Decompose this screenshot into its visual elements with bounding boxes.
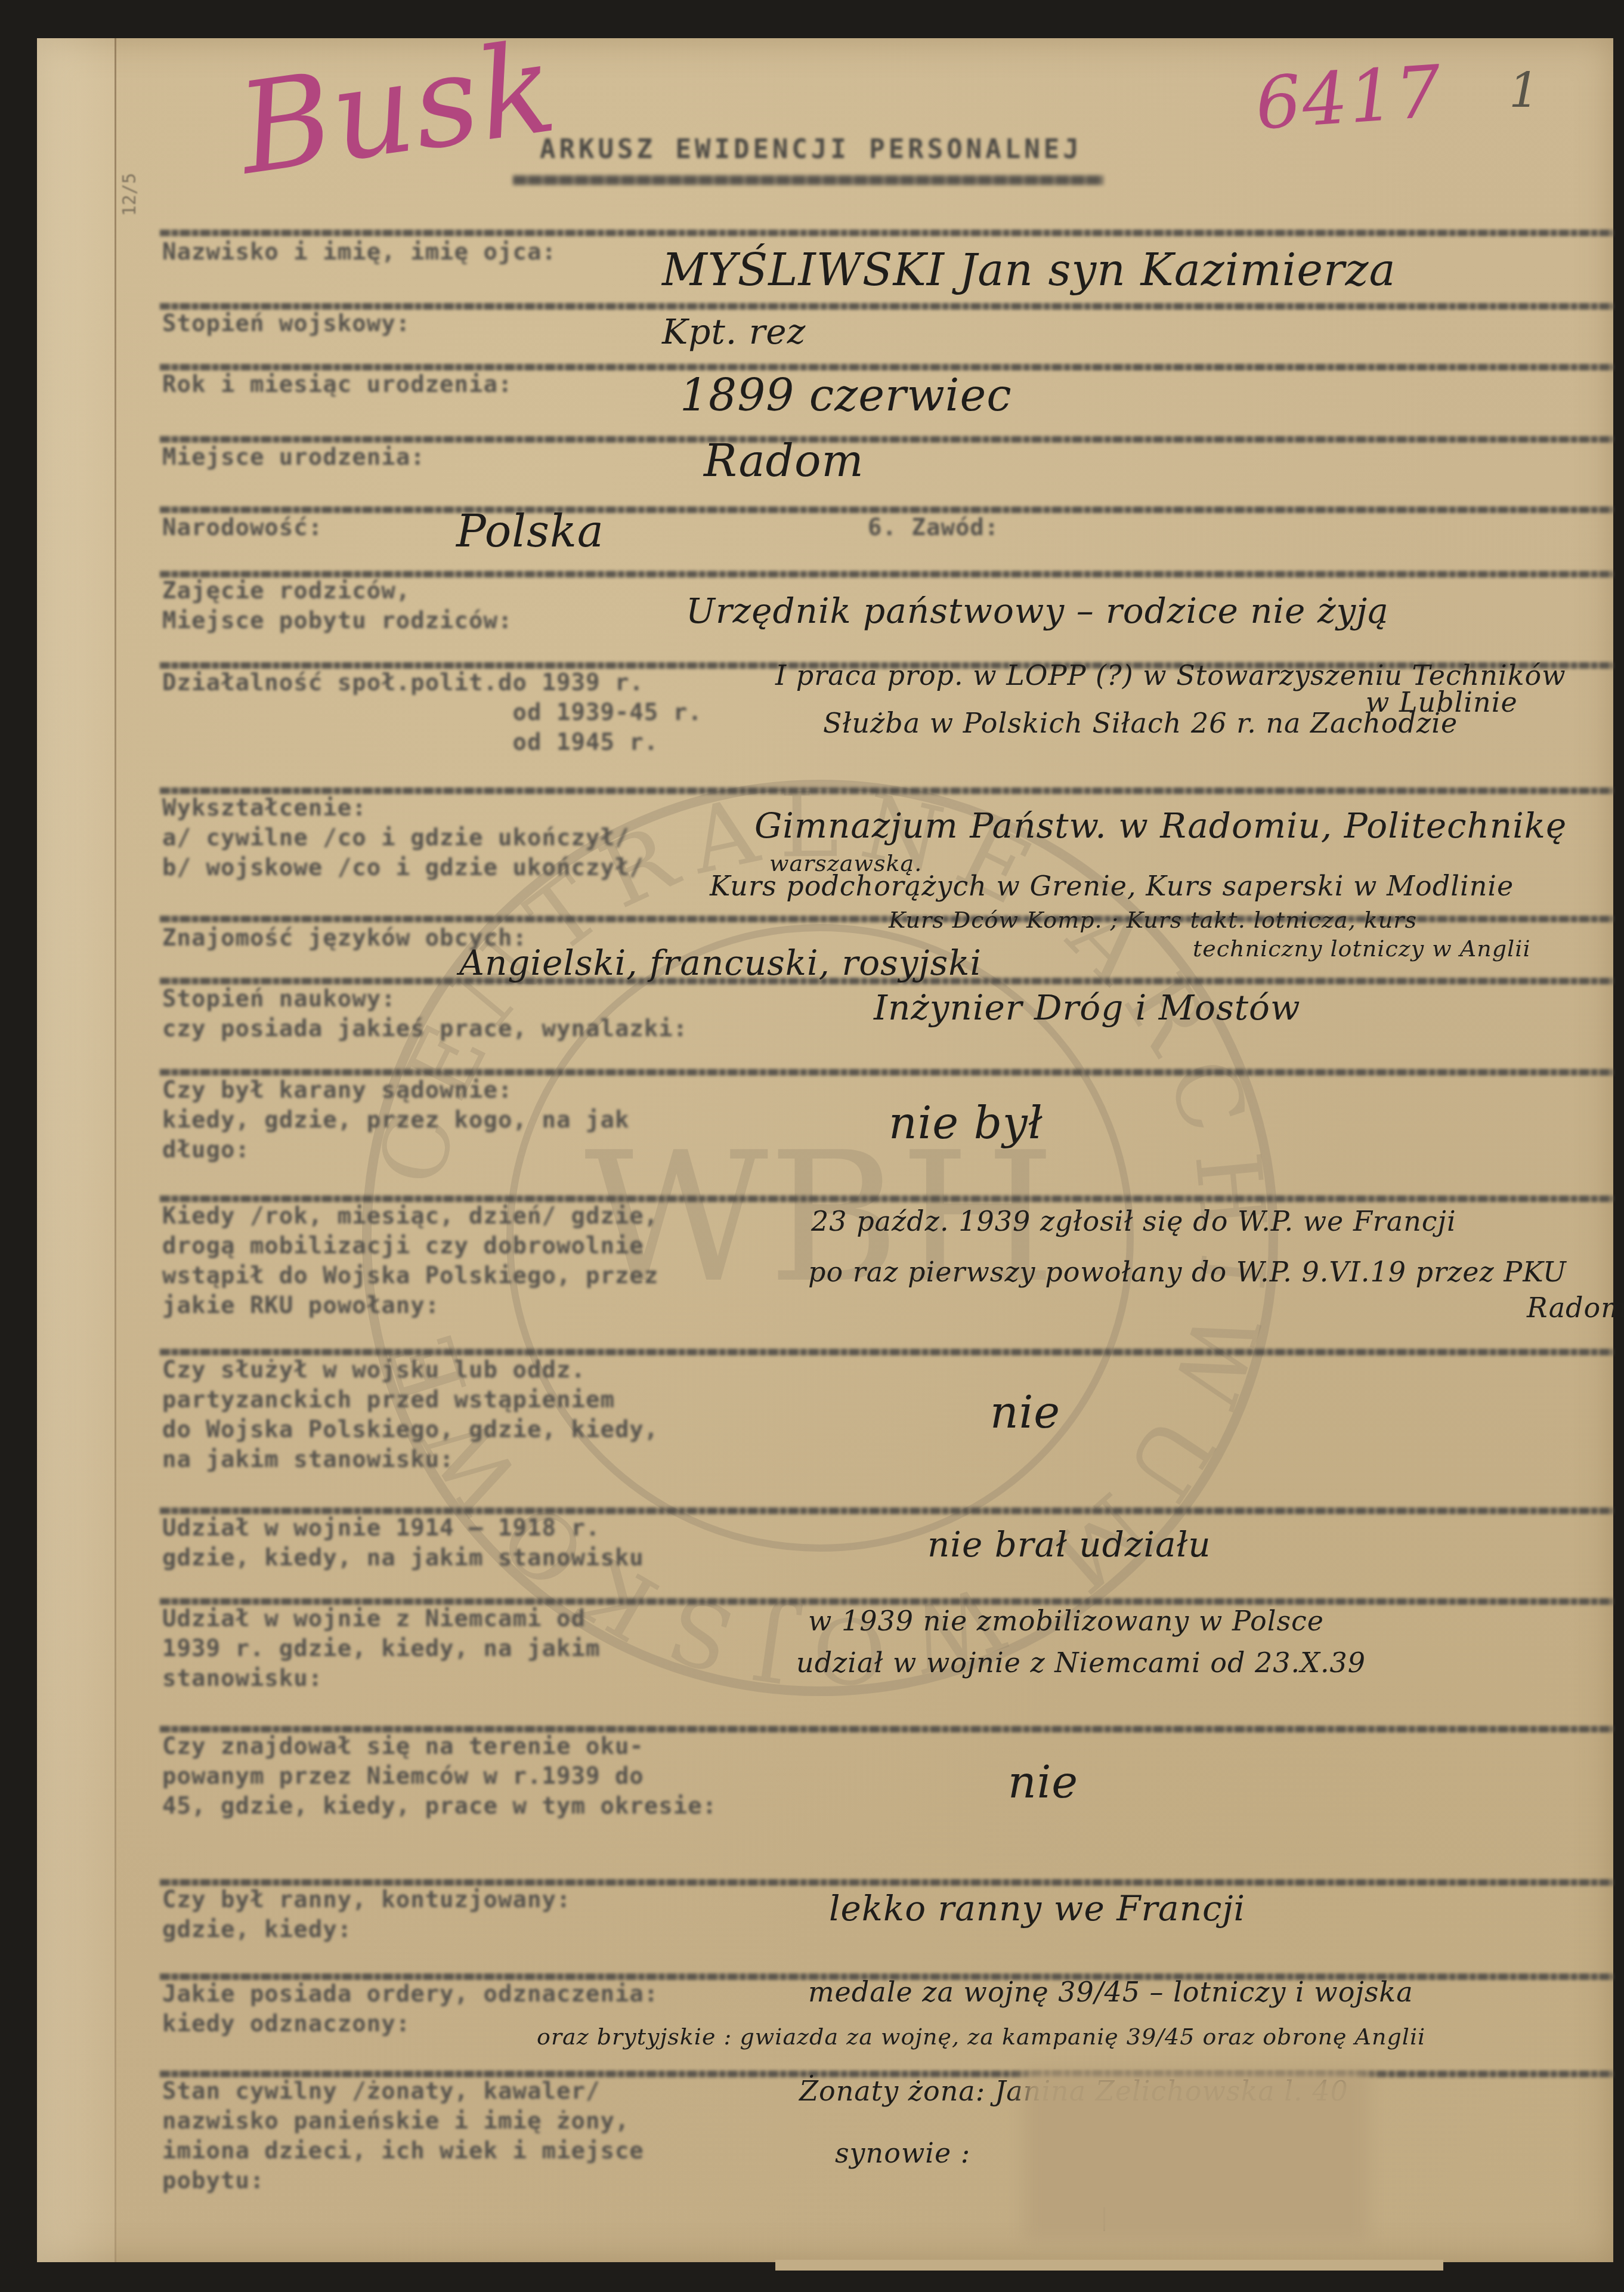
- label-ww2: Udział w wojnie z Niemcami od 1939 r. gd…: [162, 1604, 600, 1694]
- answer-enlistment-line2: po raz pierwszy powołany do W.P. 9.VI.19…: [808, 1256, 1567, 1288]
- label-marital-status: Stan cywilny /żonaty, kawaler/ nazwisko …: [162, 2077, 644, 2196]
- answer-rank: Kpt. rez: [662, 311, 806, 352]
- page-number: 1: [1509, 63, 1539, 118]
- label-partisan-service: Czy służył w wojsku lub oddz. partyzanck…: [162, 1355, 658, 1475]
- answer-decorations-line2: oraz brytyjskie : gwiazda za wojnę, za k…: [537, 2024, 1425, 2050]
- label-ww1: Udział w wojnie 1914 – 1918 r. gdzie, ki…: [162, 1513, 644, 1573]
- label-rank: Stopień wojskowy:: [162, 309, 410, 339]
- label-wounded: Czy był ranny, kontuzjowany: gdzie, kied…: [162, 1885, 571, 1945]
- answer-criminal-record: nie był: [889, 1098, 1043, 1149]
- answer-marital-status-line2: synowie :: [835, 2137, 970, 2169]
- answer-occupied-territory: nie: [1008, 1757, 1078, 1808]
- answer-education-line3: Kurs podchorążych w Grenie, Kurs sapersk…: [710, 870, 1514, 902]
- answer-enlistment-line3: Radom: [1527, 1292, 1624, 1324]
- answer-enlistment-line1: 23 paźdz. 1939 zgłosił się do W.P. we Fr…: [811, 1205, 1456, 1237]
- answer-name: MYŚLIWSKI Jan syn Kazimierza: [662, 245, 1396, 296]
- answer-activity-line3: Służba w Polskich Siłach 26 r. na Zachod…: [823, 707, 1458, 739]
- label-criminal-record: Czy był karany sądownie: kiedy, gdzie, p…: [162, 1076, 629, 1165]
- label-parents: Zajęcie rodziców, Miejsce pobytu rodzicó…: [162, 576, 513, 636]
- form-rule: [160, 1069, 1613, 1076]
- form-rule: [160, 436, 1613, 443]
- label-education: Wykształcenie: a/ cywilne /co i gdzie uk…: [162, 793, 644, 883]
- answer-parents: Urzędnik państwowy – rodzice nie żyją: [686, 591, 1389, 631]
- margin-mark: 12/5: [119, 173, 140, 216]
- answer-ww2-line1: w 1939 nie zmobilizowany w Polsce: [808, 1605, 1324, 1637]
- answer-ww2-line2: udział w wojnie z Niemcami od 23.X.39: [796, 1647, 1366, 1679]
- form-rule: [160, 506, 1613, 513]
- answer-nationality: Polska: [456, 506, 604, 557]
- answer-ww1: nie brał udziału: [927, 1524, 1211, 1565]
- answer-languages: Angielski, francuski, rosyjski: [459, 943, 982, 983]
- form-rule: [160, 1349, 1613, 1355]
- answer-education-line5: techniczny lotniczy w Anglii: [1193, 935, 1531, 962]
- reference-number: 6417: [1253, 50, 1445, 146]
- form-rule: [160, 230, 1613, 236]
- label-occupied-territory: Czy znajdował się na terenie oku- powany…: [162, 1732, 717, 1821]
- paper-bottom-edge: [775, 2260, 1443, 2271]
- answer-education-line1: Gimnazjum Państw. w Radomiu, Politechnik…: [754, 805, 1567, 846]
- label-birth-date: Rok i miesiąc urodzenia:: [162, 370, 513, 400]
- answer-partisan-service: nie: [990, 1387, 1060, 1438]
- answer-degree: Inżynier Dróg i Mostów: [874, 987, 1301, 1028]
- label-profession: 6. Zawód:: [868, 513, 999, 543]
- label-nationality: Narodowość:: [162, 513, 323, 543]
- answer-wounded: lekko ranny we Francji: [829, 1888, 1245, 1929]
- label-activity: Działalność społ.polit.do 1939 r. od 193…: [162, 668, 703, 758]
- title-underline: [513, 175, 1103, 185]
- label-enlistment: Kiedy /rok, miesiąc, dzień/ gdzie, drogą…: [162, 1201, 658, 1321]
- redacted-area: [1023, 2070, 1369, 2243]
- document-title: ARKUSZ EWIDENCJI PERSONALNEJ: [540, 134, 1082, 165]
- label-degree: Stopień naukowy: czy posiada jakieś prac…: [162, 984, 688, 1044]
- label-birth-place: Miejsce urodzenia:: [162, 443, 425, 472]
- fold-line: [115, 38, 116, 2262]
- answer-education-line4: Kurs Dców Komp. ; Kurs takt. lotnicza, k…: [889, 907, 1417, 933]
- fold-shade: [37, 38, 116, 2262]
- answer-birth-date: 1899 czerwiec: [680, 370, 1012, 421]
- answer-decorations-line1: medale za wojnę 39/45 – lotniczy i wojsk…: [808, 1976, 1413, 2008]
- answer-birth-place: Radom: [704, 435, 864, 487]
- label-name: Nazwisko i imię, imię ojca:: [162, 237, 556, 267]
